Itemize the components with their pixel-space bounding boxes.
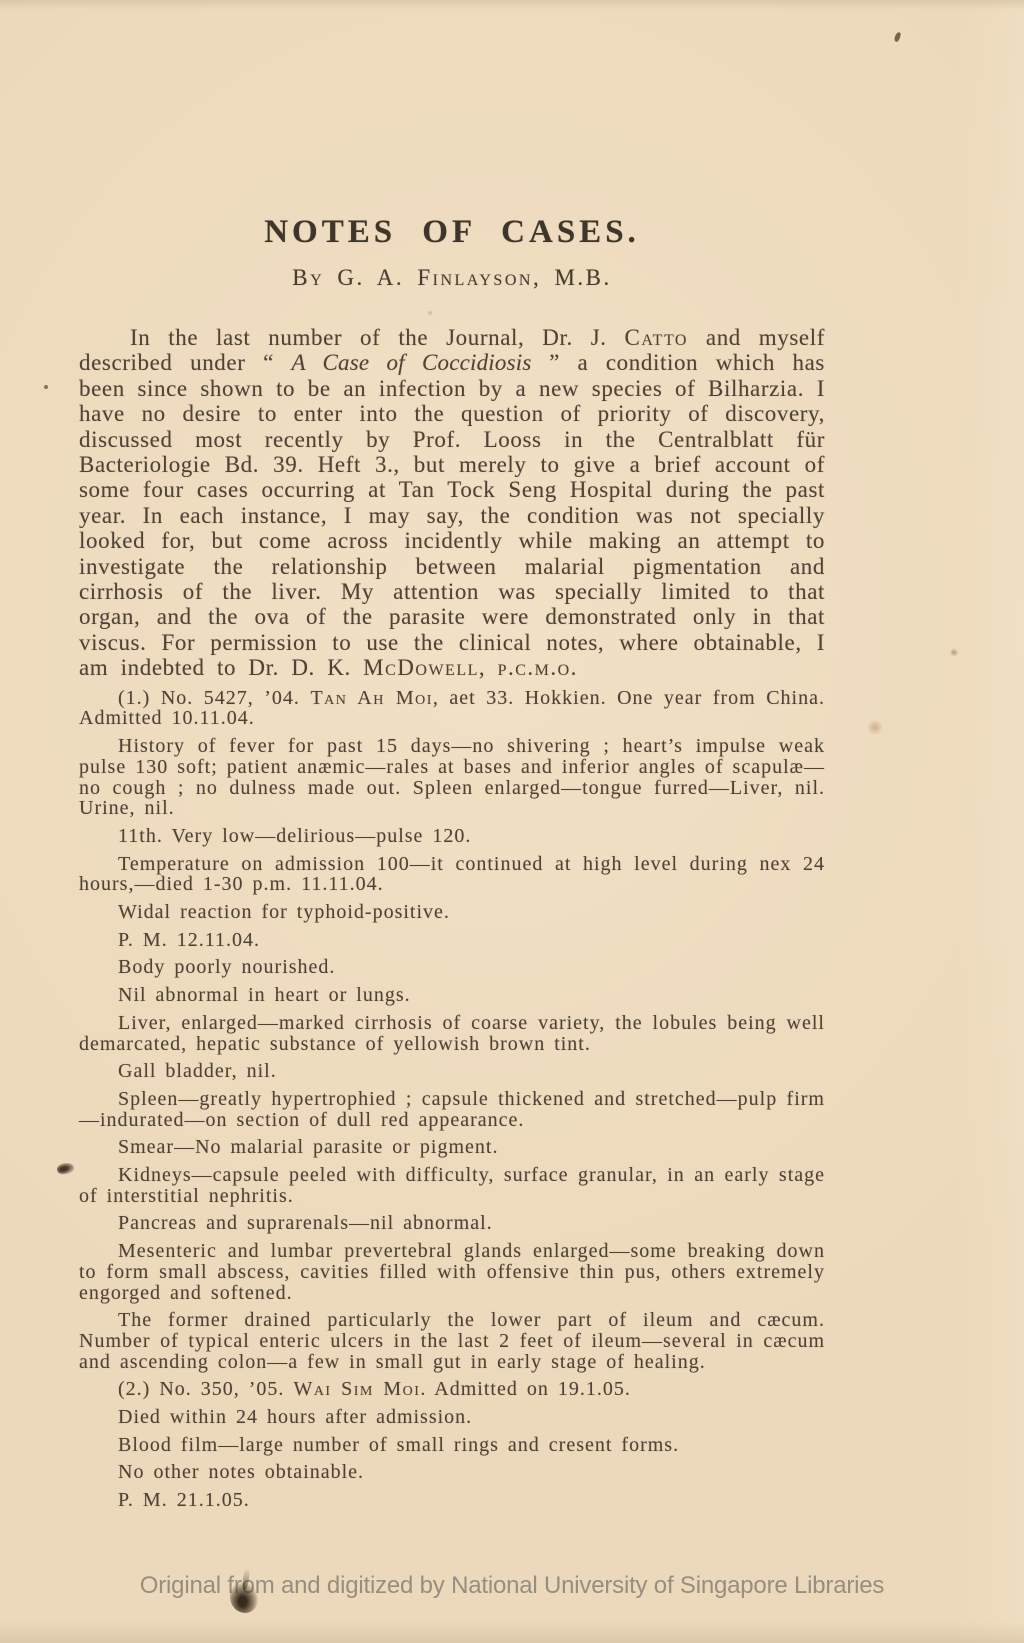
intro-paragraph: In the last number of the Journal, Dr. J… bbox=[79, 325, 825, 681]
ink-speck bbox=[894, 31, 902, 42]
case-2-header: (2.) No. 350, ’05. Wai Sim Moi. Admitted… bbox=[79, 1379, 825, 1400]
case-1-pancreas: Pancreas and suprarenals—nil abnormal. bbox=[79, 1213, 825, 1234]
byline: By G. A. Finlayson, M.B. bbox=[79, 265, 825, 291]
case-1-widal: Widal reaction for typhoid-positive. bbox=[79, 902, 825, 923]
case-1-header: (1.) No. 5427, ’04. Tan Ah Moi, aet 33. … bbox=[79, 688, 825, 729]
case-1-smear: Smear—No malarial parasite or pigment. bbox=[79, 1137, 825, 1158]
scanned-page: NOTES OF CASES. By G. A. Finlayson, M.B.… bbox=[0, 0, 1024, 1643]
ink-smudge bbox=[56, 1161, 75, 1176]
case-1-glands: Mesenteric and lumbar prevertebral gland… bbox=[79, 1241, 825, 1303]
case-1-body: Body poorly nourished. bbox=[79, 957, 825, 978]
case-2-pm-date: P. M. 21.1.05. bbox=[79, 1490, 825, 1511]
age-spot bbox=[866, 720, 884, 735]
ink-speck bbox=[44, 385, 48, 389]
case-1-intestines: The former drained particularly the lowe… bbox=[79, 1310, 825, 1372]
case-2-blood-film: Blood film—large number of small rings a… bbox=[79, 1435, 825, 1456]
article: NOTES OF CASES. By G. A. Finlayson, M.B.… bbox=[79, 0, 825, 1511]
case-1-history: History of fever for past 15 days—no shi… bbox=[79, 736, 825, 819]
case-1-kidneys: Kidneys—capsule peeled with difficulty, … bbox=[79, 1165, 825, 1206]
case-1-liver: Liver, enlarged—marked cirrhosis of coar… bbox=[79, 1013, 825, 1054]
case-2-notes: No other notes obtainable. bbox=[79, 1462, 825, 1483]
case-1-temperature: Temperature on admission 100—it continue… bbox=[79, 854, 825, 895]
page-title: NOTES OF CASES. bbox=[79, 216, 825, 249]
case-2-died: Died within 24 hours after admission. bbox=[79, 1407, 825, 1428]
case-1-day-11: 11th. Very low—delirious—pulse 120. bbox=[79, 826, 825, 847]
case-1-spleen: Spleen—greatly hypertrophied ; capsule t… bbox=[79, 1089, 825, 1130]
case-1-gall-bladder: Gall bladder, nil. bbox=[79, 1061, 825, 1082]
article-body: In the last number of the Journal, Dr. J… bbox=[79, 325, 825, 1511]
library-credit: Original from and digitized by National … bbox=[0, 1572, 1024, 1600]
case-1-pm-date: P. M. 12.11.04. bbox=[79, 930, 825, 951]
age-spot bbox=[949, 647, 960, 658]
case-1-heart-lungs: Nil abnormal in heart or lungs. bbox=[79, 985, 825, 1006]
